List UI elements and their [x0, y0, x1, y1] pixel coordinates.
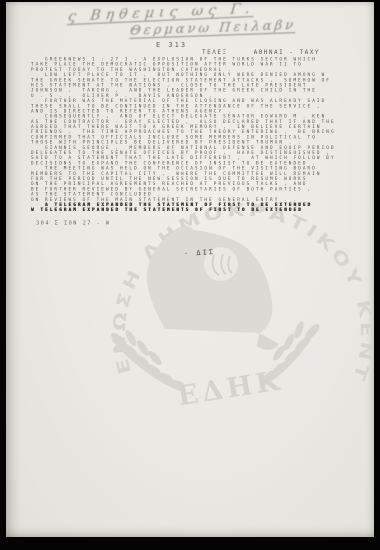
document-number: Ε 313: [156, 41, 187, 49]
bell-icon: [147, 226, 279, 350]
photo-frame: ς Βηθεμις ως Γ. Θερμανω Πειλαβν Ε 313 ΤΕ…: [0, 0, 380, 550]
typed-text-line: FURTHER WAS THE MATERIAL OF THE CLOSING …: [31, 99, 355, 104]
telex-body-lines: GREEKNEWS 1 : 27 1 - A EXPLOSION OF THE …: [31, 57, 355, 213]
scanned-document-paper: ς Βηθεμις ως Γ. Θερμανω Πειλαβν Ε 313 ΤΕ…: [6, 2, 374, 537]
watermark-acronym: ΕΔΗΚ: [175, 365, 285, 412]
typed-text-line: W TELEGRAM EXPANDED THE STATEMENTS OF FI…: [31, 208, 355, 213]
telex-body: GREEKNEWS 1 : 27 1 - A EXPLOSION OF THE …: [31, 57, 355, 227]
telex-routing-line: ΤΕΛΕΞΑΘΗΝΑΙ - ΤΑΧΥ: [202, 49, 320, 56]
telex-route: ΑΘΗΝΑΙ - ΤΑΧΥ: [254, 49, 320, 56]
telex-label: ΤΕΛΕΞ: [202, 49, 228, 56]
reference-number-wrap: 304 Σ ΙΟΝ 27 - W: [36, 220, 185, 232]
reference-number: 304 Σ ΙΟΝ 27 - W: [36, 220, 111, 226]
